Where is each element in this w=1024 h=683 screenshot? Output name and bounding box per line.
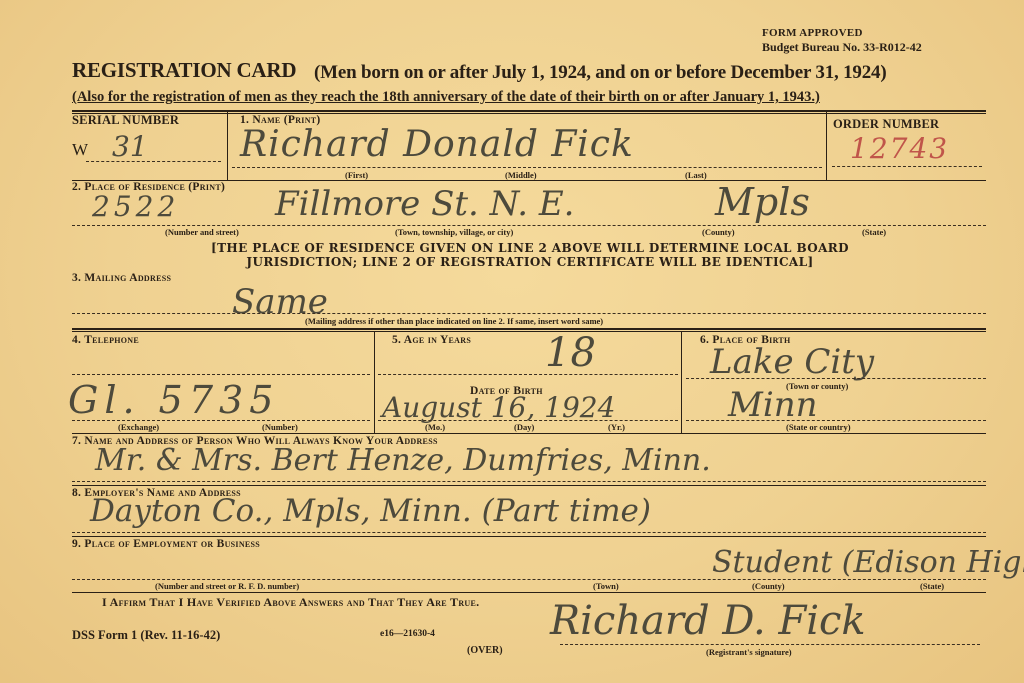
divider: [374, 331, 375, 433]
telephone-line-1: [72, 374, 370, 375]
birth-town-value[interactable]: Lake City: [710, 342, 874, 382]
last-caption: (Last): [685, 170, 707, 180]
birth-state-caption: (State or country): [786, 422, 851, 432]
town-caption: (Town, township, village, or city): [395, 227, 513, 237]
serial-number-label: SERIAL NUMBER: [72, 113, 179, 128]
year-caption: (Yr.): [608, 422, 625, 432]
contact-line: [72, 481, 986, 482]
divider: [72, 328, 986, 330]
first-caption: (First): [345, 170, 368, 180]
mailing-line: [72, 313, 986, 314]
exchange-caption: (Exchange): [118, 422, 159, 432]
telephone-label: 4. Telephone: [72, 334, 139, 346]
age-line: [378, 374, 678, 375]
divider: [227, 112, 228, 180]
signature-line: [560, 644, 980, 645]
card-title: REGISTRATION CARD: [72, 58, 296, 83]
form-approved: FORM APPROVED: [762, 27, 863, 39]
age-label: 5. Age in Years: [392, 334, 471, 346]
employment-street-caption: (Number and street or R. F. D. number): [155, 581, 299, 591]
mailing-caption: (Mailing address if other than place ind…: [305, 316, 603, 326]
birth-state-line: [686, 420, 986, 421]
dob-line: [378, 420, 678, 421]
residence-town-value[interactable]: Fillmore St. N. E.: [275, 184, 575, 224]
name-value[interactable]: Richard Donald Fick: [240, 124, 634, 165]
order-line: [832, 166, 982, 167]
affirmation-text: I Affirm That I Have Verified Above Answ…: [102, 595, 479, 610]
name-line: [232, 167, 822, 168]
employment-place-label: 9. Place of Employment or Business: [72, 538, 260, 550]
serial-prefix: W: [72, 140, 88, 160]
registration-card: FORM APPROVED Budget Bureau No. 33-R012-…: [0, 0, 1024, 683]
subtitle-note: (Also for the registration of men as the…: [72, 89, 820, 106]
divider: [826, 112, 827, 180]
divider: [72, 592, 986, 593]
employment-state-caption: (State): [920, 581, 944, 591]
state-caption: (State): [862, 227, 886, 237]
over-note: (OVER): [467, 645, 503, 656]
employer-line: [72, 532, 986, 533]
divider: [72, 113, 986, 114]
order-number-label: ORDER NUMBER: [833, 117, 939, 132]
mailing-address-label: 3. Mailing Address: [72, 272, 171, 284]
eligibility-note: (Men born on or after July 1, 1924, and …: [314, 62, 886, 84]
residence-county-value[interactable]: Mpls: [715, 180, 810, 224]
divider: [72, 536, 986, 537]
middle-caption: (Middle): [505, 170, 537, 180]
serial-number-value[interactable]: 31: [112, 130, 148, 163]
month-caption: (Mo.): [425, 422, 445, 432]
order-number-value[interactable]: 12743: [850, 132, 949, 165]
divider: [72, 331, 986, 332]
county-caption: (County): [702, 227, 735, 237]
birth-state-value[interactable]: Minn: [728, 385, 817, 425]
employment-place-value[interactable]: Student (Edison High): [712, 545, 1024, 580]
telephone-value[interactable]: Gl. 5735: [68, 378, 279, 422]
age-value[interactable]: 18: [545, 330, 596, 376]
form-id: DSS Form 1 (Rev. 11-16-42): [72, 628, 220, 643]
employment-line: [72, 579, 986, 580]
serial-line: [86, 161, 221, 162]
employment-county-caption: (County): [752, 581, 785, 591]
divider: [681, 331, 682, 433]
jurisdiction-notice-line1: [THE PLACE OF RESIDENCE GIVEN ON LINE 2 …: [140, 241, 920, 255]
signature-caption: (Registrant's signature): [706, 647, 792, 657]
number-caption: (Number): [262, 422, 298, 432]
street-caption: (Number and street): [165, 227, 239, 237]
employment-town-caption: (Town): [593, 581, 619, 591]
birth-town-line: [686, 378, 986, 379]
residence-street-value[interactable]: 2522: [92, 190, 179, 223]
divider: [72, 110, 986, 112]
budget-bureau-number: Budget Bureau No. 33-R012-42: [762, 40, 922, 55]
telephone-line-2: [72, 420, 370, 421]
divider: [72, 485, 986, 486]
divider: [72, 433, 986, 434]
jurisdiction-notice-line2: JURISDICTION; LINE 2 OF REGISTRATION CER…: [140, 255, 920, 269]
residence-line: [72, 225, 986, 226]
contact-person-value[interactable]: Mr. & Mrs. Bert Henze, Dumfries, Minn.: [95, 443, 711, 478]
registrant-signature[interactable]: Richard D. Fick: [550, 598, 866, 644]
day-caption: (Day): [514, 422, 534, 432]
print-code: e16—21630-4: [380, 629, 435, 639]
employer-value[interactable]: Dayton Co., Mpls, Minn. (Part time): [90, 493, 651, 529]
